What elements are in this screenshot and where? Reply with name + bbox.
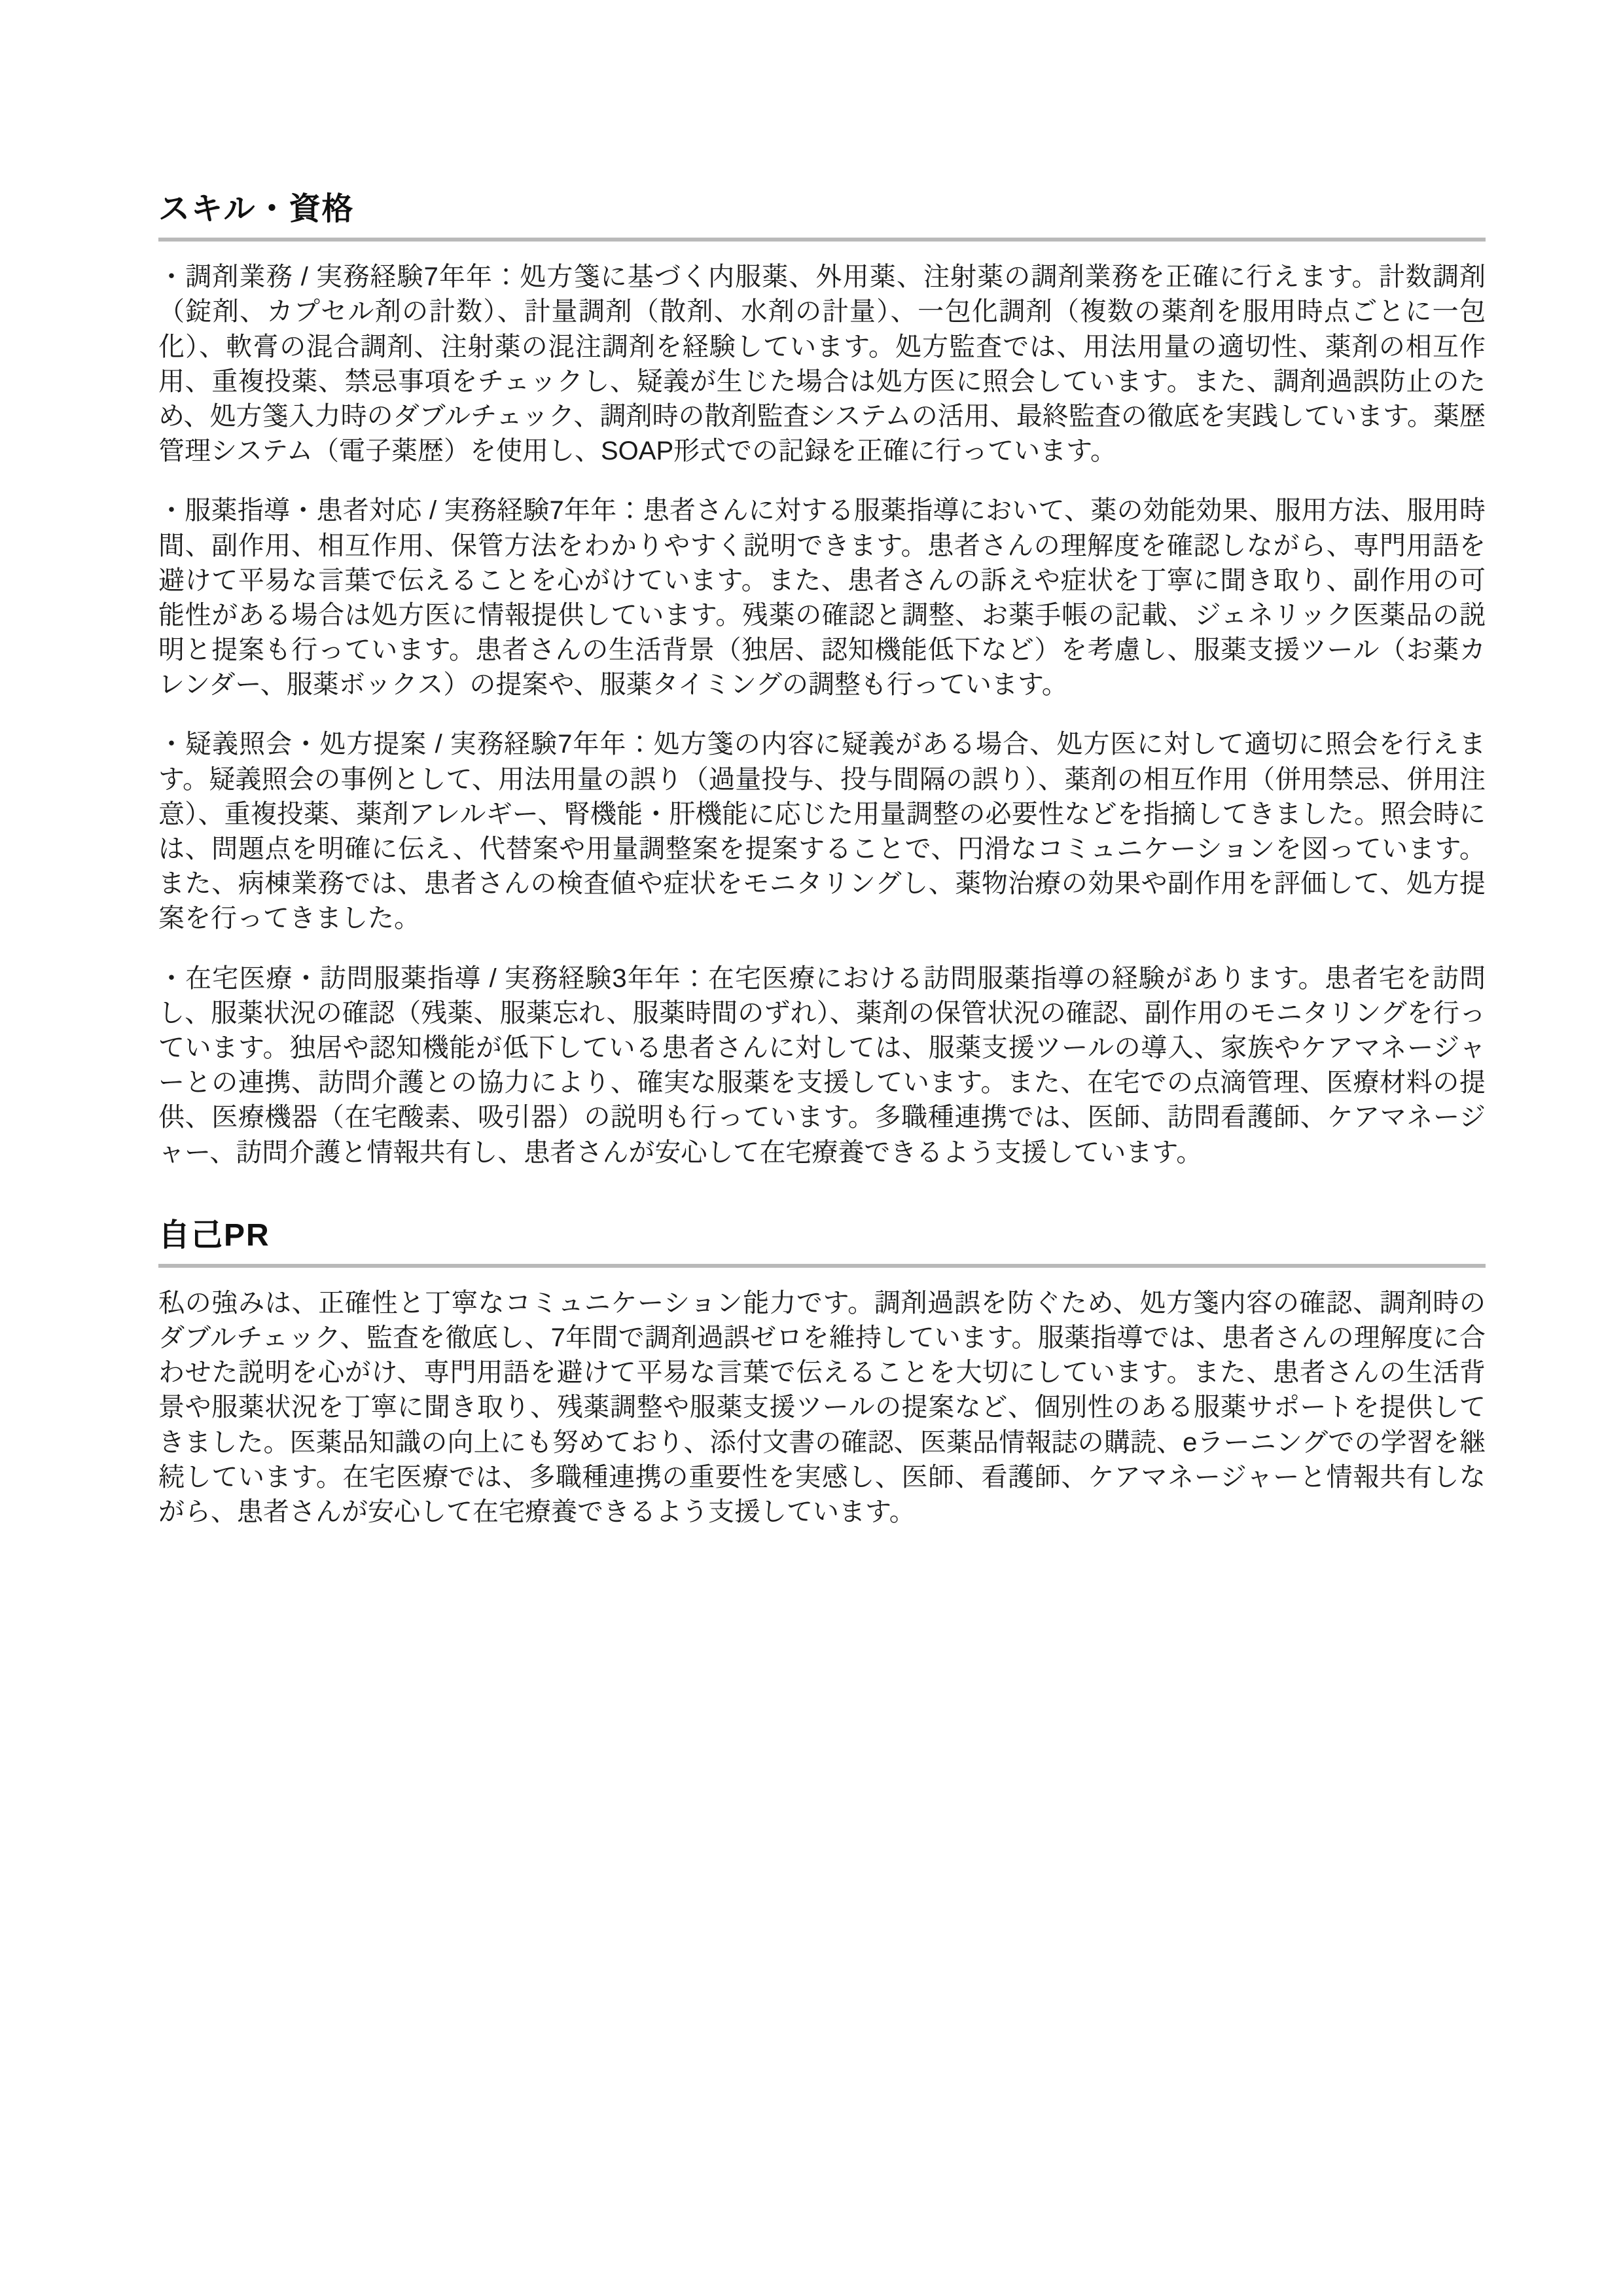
self-pr-paragraph: 私の強みは、正確性と丁寧なコミュニケーション能力です。調剤過誤を防ぐため、処方箋… bbox=[158, 1286, 1486, 1530]
skill-paragraph-medication-guidance: ・服薬指導・患者対応 / 実務経験7年年：患者さんに対する服薬指導において、薬の… bbox=[158, 493, 1486, 702]
skill-paragraph-home-medical-care: ・在宅医療・訪問服薬指導 / 実務経験3年年：在宅医療における訪問服薬指導の経験… bbox=[158, 961, 1486, 1170]
section-divider bbox=[158, 1264, 1486, 1268]
resume-document-page: スキル・資格 ・調剤業務 / 実務経験7年年：処方箋に基づく内服薬、外用薬、注射… bbox=[0, 0, 1623, 2296]
skills-section-heading: スキル・資格 bbox=[158, 191, 1486, 227]
section-self-pr: 自己PR 私の強みは、正確性と丁寧なコミュニケーション能力です。調剤過誤を防ぐた… bbox=[158, 1217, 1486, 1530]
section-divider bbox=[158, 238, 1486, 242]
self-pr-section-body: 私の強みは、正確性と丁寧なコミュニケーション能力です。調剤過誤を防ぐため、処方箋… bbox=[158, 1286, 1486, 1530]
skill-paragraph-dispensing: ・調剤業務 / 実務経験7年年：処方箋に基づく内服薬、外用薬、注射薬の調剤業務を… bbox=[158, 260, 1486, 469]
section-skills-qualifications: スキル・資格 ・調剤業務 / 実務経験7年年：処方箋に基づく内服薬、外用薬、注射… bbox=[158, 191, 1486, 1170]
skills-section-body: ・調剤業務 / 実務経験7年年：処方箋に基づく内服薬、外用薬、注射薬の調剤業務を… bbox=[158, 260, 1486, 1170]
skill-paragraph-prescription-inquiry: ・疑義照会・処方提案 / 実務経験7年年：処方箋の内容に疑義がある場合、処方医に… bbox=[158, 727, 1486, 936]
self-pr-section-heading: 自己PR bbox=[158, 1217, 1486, 1253]
document-content: スキル・資格 ・調剤業務 / 実務経験7年年：処方箋に基づく内服薬、外用薬、注射… bbox=[158, 191, 1486, 1530]
